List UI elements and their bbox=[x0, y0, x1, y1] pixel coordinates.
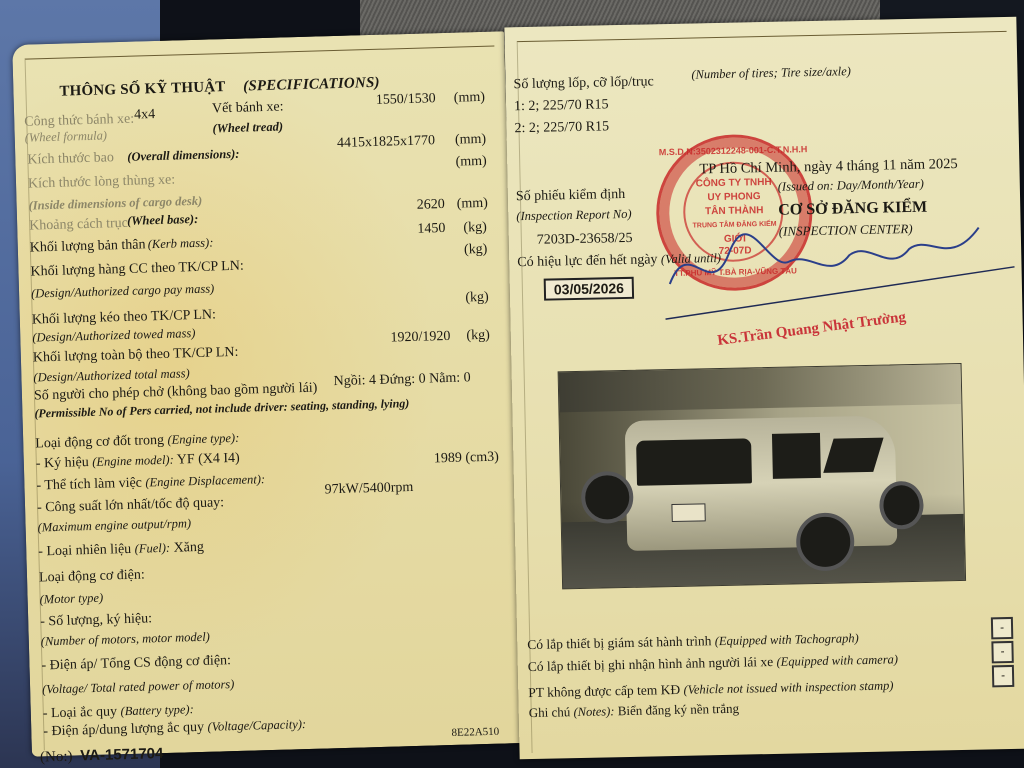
no-stamp-label-en: (Vehicle not issued with inspection stam… bbox=[683, 678, 893, 696]
issued-label-en: (Issued on: Day/Month/Year) bbox=[778, 177, 924, 195]
camera-label-en: (Equipped with camera) bbox=[776, 652, 898, 669]
wheel-tread-value: 1550/1530 bbox=[376, 91, 436, 109]
wheel-base-label-en: (Wheel base): bbox=[127, 212, 199, 229]
specs-title-en: (SPECIFICATIONS) bbox=[243, 75, 380, 95]
wheel-base-label: Khoảng cách trục bbox=[29, 216, 128, 235]
car-front-window bbox=[823, 438, 883, 473]
wheel-formula-label: Công thức bánh xe: bbox=[24, 112, 134, 131]
tires-label: Số lượng lốp, cỡ lốp/trục bbox=[513, 74, 654, 93]
document-number-value: VA-1571704 bbox=[80, 745, 164, 764]
tachograph-label: Có lắp thiết bị giám sát hành trình bbox=[527, 633, 711, 652]
tire-axle-1: 1: 2; 225/70 R15 bbox=[514, 97, 609, 115]
battery-type-label: - Loại ắc quy bbox=[43, 704, 118, 721]
car-license-plate bbox=[671, 503, 705, 522]
notes-value: Biển đăng ký nền trắng bbox=[618, 701, 740, 719]
engine-type-label-vi: Loại động cơ đốt trong bbox=[35, 433, 164, 452]
fuel-label-en: (Fuel): bbox=[134, 541, 170, 556]
overall-dimensions-value: 4415x1825x1770 bbox=[337, 133, 435, 152]
photo-canopy bbox=[559, 364, 962, 412]
overall-dimensions-label-en: (Overall dimensions): bbox=[127, 147, 240, 165]
total-mass-unit: (kg) bbox=[466, 328, 490, 345]
kerb-mass-label: Khối lượng bản thân bbox=[30, 237, 146, 256]
max-output-value: 97kW/5400rpm bbox=[324, 480, 413, 498]
battery-capacity-label: - Điện áp/dung lượng ắc quy bbox=[43, 720, 204, 739]
valid-until-label: Có hiệu lực đến hết ngày bbox=[517, 252, 657, 270]
kerb-mass-label-en: (Kerb mass): bbox=[148, 235, 214, 252]
engine-model-value: YF (X4 I4) bbox=[177, 451, 240, 468]
report-label: Số phiếu kiểm định bbox=[516, 187, 626, 205]
motor-count-label: - Số lượng, ký hiệu: bbox=[40, 611, 152, 630]
wheel-base-unit: (mm) bbox=[457, 196, 489, 213]
engine-type-label-en: (Engine type): bbox=[167, 431, 239, 447]
displacement-label-en: (Engine Displacement): bbox=[145, 472, 265, 489]
document-number-label: (No:) bbox=[40, 749, 73, 766]
battery-type-label-en: (Battery type): bbox=[120, 702, 194, 718]
wheel-formula-label-en: (Wheel formula) bbox=[25, 128, 108, 145]
wheel-base-value: 2620 bbox=[417, 197, 445, 214]
notes-label-en: (Notes): bbox=[573, 704, 614, 719]
car-side-window bbox=[772, 433, 821, 479]
inspection-page: Số lượng lốp, cỡ lốp/trục (Number of tir… bbox=[504, 17, 1024, 760]
fuel-value: Xăng bbox=[173, 540, 204, 556]
total-mass-value: 1920/1920 bbox=[390, 329, 450, 347]
battery-capacity-label-en: (Voltage/Capacity): bbox=[207, 717, 306, 734]
report-label-en: (Inspection Report No) bbox=[516, 207, 632, 224]
engine-model-label-en: (Engine model): bbox=[92, 453, 174, 469]
engine-model-label: - Ký hiệu bbox=[36, 455, 89, 471]
specs-title-vi: THÔNG SỐ KỸ THUẬT bbox=[59, 79, 225, 100]
wheel-tread-label-en: (Wheel tread) bbox=[212, 119, 283, 136]
kerb-mass-unit: (kg) bbox=[463, 220, 487, 237]
notes-label: Ghi chú bbox=[529, 704, 571, 720]
no-stamp-checkbox: - bbox=[992, 665, 1014, 687]
fuel-label: - Loại nhiên liệu bbox=[38, 542, 131, 560]
wheel-formula-value: 4x4 bbox=[134, 107, 155, 124]
displacement-value: 1989 (cm3) bbox=[434, 450, 499, 468]
motor-type-label: Loại động cơ điện: bbox=[39, 568, 145, 587]
report-number: 7203D-23658/25 bbox=[537, 231, 633, 249]
displacement-label: - Thể tích làm việc bbox=[36, 476, 142, 494]
overall-dimensions-label: Kích thước bao bbox=[27, 150, 114, 168]
specifications-page: THÔNG SỐ KỸ THUẬT (SPECIFICATIONS) Công … bbox=[12, 31, 524, 756]
tire-axle-2: 2: 2; 225/70 R15 bbox=[514, 119, 609, 137]
cargo-deck-unit: (mm) bbox=[455, 154, 487, 171]
wheel-tread-label: Vết bánh xe: bbox=[212, 99, 284, 117]
tachograph-checkbox: - bbox=[991, 617, 1013, 639]
motor-type-label-en: (Motor type) bbox=[39, 591, 103, 608]
towed-mass-unit: (kg) bbox=[465, 290, 489, 307]
tachograph-label-en: (Equipped with Tachograph) bbox=[715, 631, 859, 648]
stamp-ring-text: M.S.D.N:3502312248-001-C.T.N.H.H bbox=[658, 144, 808, 157]
camera-checkbox: - bbox=[991, 641, 1013, 663]
document-number: (No:) VA-1571704 bbox=[40, 745, 164, 766]
no-stamp-label: PT không được cấp tem KĐ bbox=[528, 682, 680, 700]
kerb-mass-value: 1450 bbox=[417, 221, 445, 238]
car-rear-window bbox=[636, 438, 752, 485]
signature-underline bbox=[659, 257, 1020, 325]
overall-dimensions-unit: (mm) bbox=[455, 132, 487, 149]
cargo-mass-unit: (kg) bbox=[464, 242, 488, 259]
vehicle-photo bbox=[558, 363, 966, 589]
valid-until-date: 03/05/2026 bbox=[544, 277, 635, 301]
serial-code: 8E22A510 bbox=[451, 726, 499, 739]
wheel-tread-unit: (mm) bbox=[454, 90, 486, 107]
